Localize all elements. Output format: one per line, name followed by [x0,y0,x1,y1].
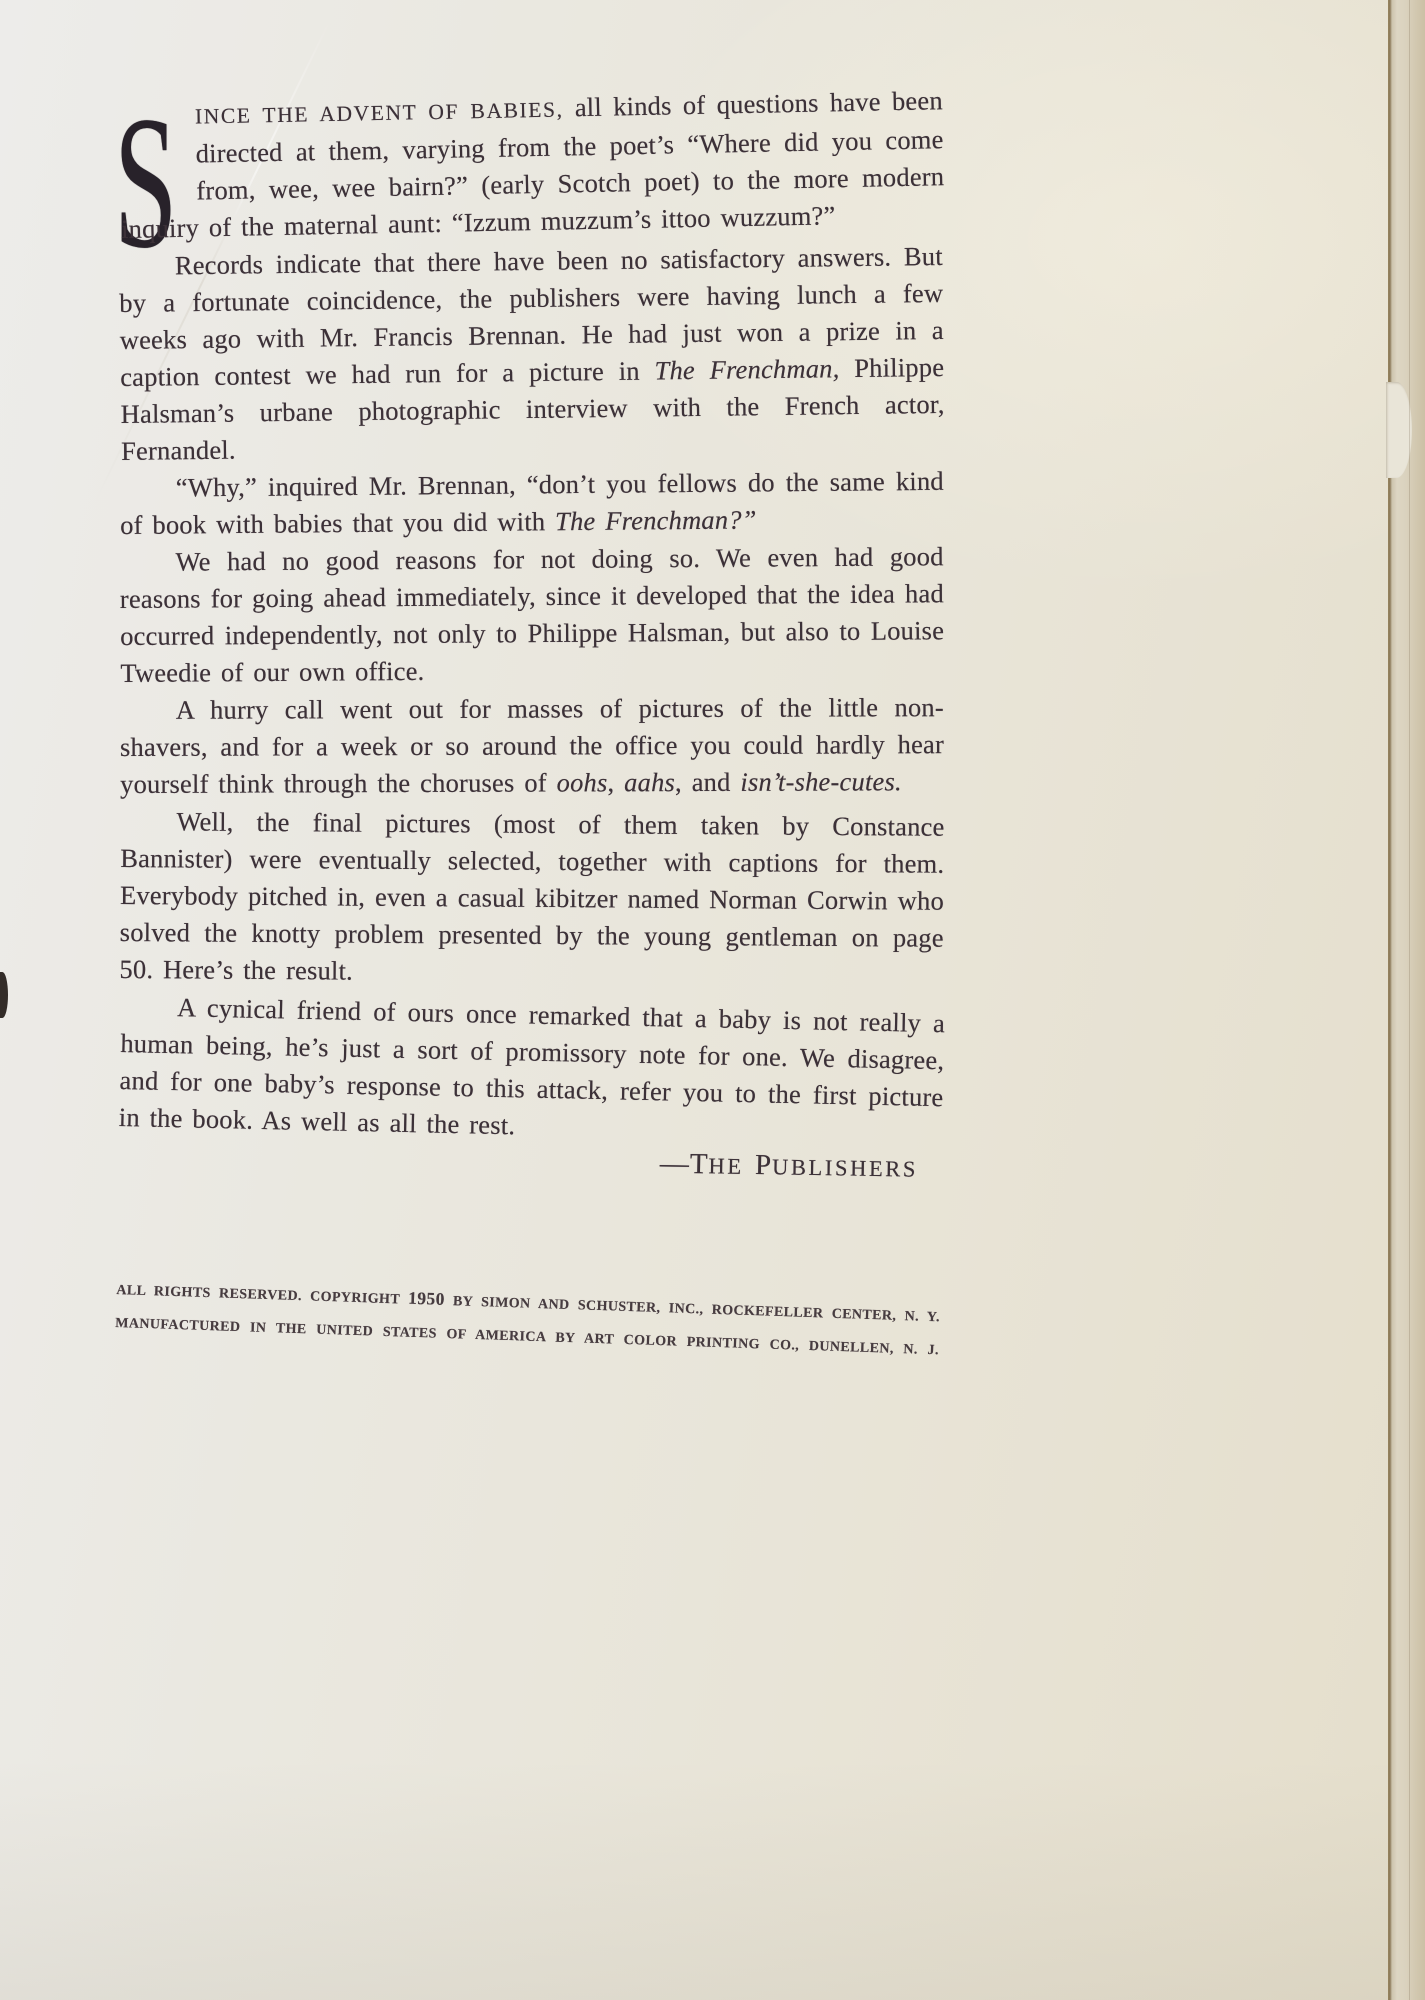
signature-caps: P [755,1149,773,1181]
paragraph-text: Well, the final pictures (most of them t… [119,806,944,985]
opening-small-caps: INCE THE ADVENT OF BABIES, [195,97,564,128]
paragraph-text: , [607,767,624,797]
signature-caps: —T [660,1148,709,1181]
book-page: S INCE THE ADVENT OF BABIES, all kinds o… [0,0,1425,2000]
book-title-italic: The Frenchman, [654,353,839,385]
italic-isnt-she-cutes: isn’t-she-cutes. [740,766,902,797]
signature-small-caps: HE [708,1153,755,1179]
paragraph-text: A cynical friend of ours once remarked t… [119,992,946,1140]
drop-cap-spacer [119,97,197,210]
copyright-text: ALL RIGHTS RESERVED. COPYRIGHT [116,1283,408,1308]
paragraph-why: “Why,” inquired Mr. Brennan, “don’t you … [120,463,945,544]
page-edge-notch [1386,382,1412,478]
page-fore-edge [1388,0,1425,2000]
paragraph-records: Records indicate that there have been no… [119,238,946,470]
italic-aahs: aahs [624,767,675,797]
paragraph-text: , and [675,767,740,797]
paragraph-text: “Why,” inquired Mr. Brennan, “don’t you … [120,466,944,540]
paragraph-final-pictures: Well, the final pictures (most of them t… [119,803,944,994]
copyright-imprint: ALL RIGHTS RESERVED. COPYRIGHT 1950 BY S… [115,1272,941,1367]
paragraph-hurry-call: A hurry call went out for masses of pict… [120,689,944,803]
paragraph-cynical-friend: A cynical friend of ours once remarked t… [118,988,945,1153]
book-title-italic: The Frenchman?” [555,504,757,536]
left-edge-ink-mark [0,972,8,1018]
copyright-year: 1950 [408,1288,445,1309]
paragraph-text: We had no good reasons for not doing so.… [120,541,944,688]
paragraph-no-good-reasons: We had no good reasons for not doing so.… [119,538,944,692]
text-block: INCE THE ADVENT OF BABIES, all kinds of … [120,98,944,1188]
paragraph-opening: INCE THE ADVENT OF BABIES, all kinds of … [119,82,946,248]
italic-oohs: oohs [557,767,608,797]
signature-small-caps: UBLISHERS [772,1154,918,1181]
